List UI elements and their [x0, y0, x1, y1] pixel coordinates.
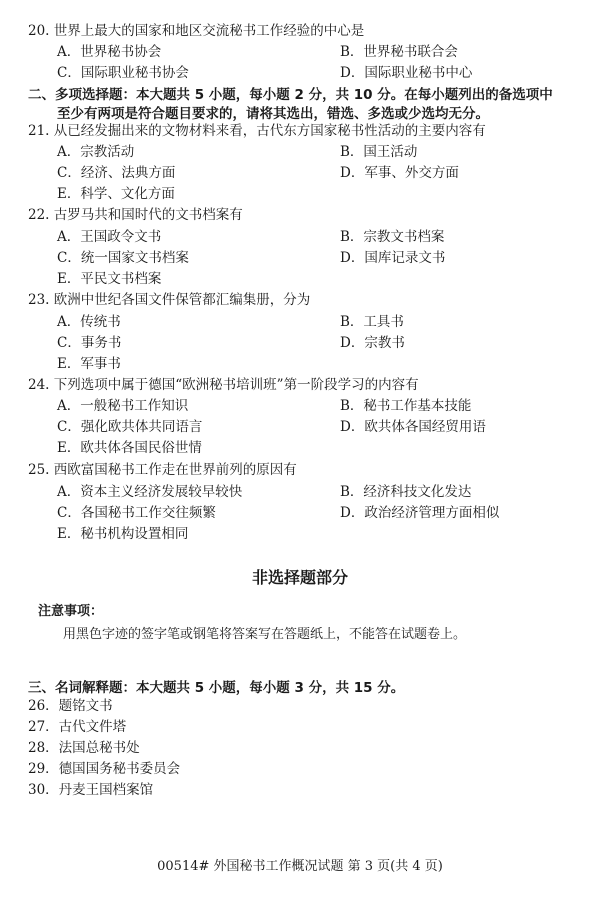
option-b: B．世界秘书联合会: [340, 43, 458, 61]
option-d: D．国库记录文书: [340, 249, 445, 267]
option-b: B．工具书: [340, 313, 404, 331]
question-25: 25. 西欧富国秘书工作走在世界前列的原因有: [28, 461, 297, 479]
option-a: A．宗教活动: [57, 143, 134, 161]
question-number: 25.: [28, 462, 49, 478]
term-27: 27．古代文件塔: [28, 718, 126, 736]
option-e: E．欧共体各国民俗世情: [57, 439, 202, 457]
option-a: A．资本主义经济发展较早较快: [57, 483, 242, 501]
question-number: 24.: [28, 377, 49, 393]
option-c: C．统一国家文书档案: [57, 249, 189, 267]
option-d: D．宗教书: [340, 334, 405, 352]
section-3-heading: 三、名词解释题：本大题共 5 小题，每小题 3 分，共 15 分。: [28, 679, 404, 697]
page-footer: 00514# 外国秘书工作概况试题 第 3 页(共 4 页): [0, 855, 600, 874]
option-a: A．传统书: [57, 313, 121, 331]
question-stem: 下列选项中属于德国“欧洲秘书培训班”第一阶段学习的内容有: [54, 377, 419, 393]
option-e: E．秘书机构设置相同: [57, 525, 188, 543]
term-28: 28．法国总秘书处: [28, 739, 140, 757]
question-21: 21. 从已经发掘出来的文物材料来看，古代东方国家秘书性活动的主要内容有: [28, 122, 486, 140]
option-b: B．经济科技文化发达: [340, 483, 471, 501]
option-a: A．一般秘书工作知识: [57, 397, 188, 415]
option-c: C．事务书: [57, 334, 121, 352]
option-d: D．国际职业秘书中心: [340, 64, 472, 82]
notice-body: 用黑色字迹的签字笔或钢笔将答案写在答题纸上，不能答在试题卷上。: [63, 626, 466, 644]
question-stem: 古罗马共和国时代的文书档案有: [54, 207, 243, 223]
option-b: B．宗教文书档案: [340, 228, 444, 246]
term-29: 29．德国国务秘书委员会: [28, 760, 180, 778]
question-number: 21.: [28, 123, 49, 139]
option-e: E．科学、文化方面: [57, 185, 175, 203]
option-c: C．经济、法典方面: [57, 164, 175, 182]
term-30: 30．丹麦王国档案馆: [28, 781, 153, 799]
question-number: 20.: [28, 23, 49, 39]
option-b: B．秘书工作基本技能: [340, 397, 471, 415]
question-23: 23. 欧洲中世纪各国文件保管都汇编集册，分为: [28, 291, 310, 309]
notice-title: 注意事项：: [38, 603, 103, 621]
question-stem: 世界上最大的国家和地区交流秘书工作经验的中心是: [54, 23, 365, 39]
part-title: 非选择题部分: [0, 565, 600, 588]
question-stem: 西欧富国秘书工作走在世界前列的原因有: [54, 462, 297, 478]
section-2-heading-cont: 至少有两项是符合题目要求的，请将其选出，错选、多选或少选均无分。: [57, 105, 489, 123]
question-stem: 从已经发掘出来的文物材料来看，古代东方国家秘书性活动的主要内容有: [54, 123, 486, 139]
option-c: C．各国秘书工作交往频繁: [57, 504, 216, 522]
option-c: C．国际职业秘书协会: [57, 64, 189, 82]
question-24: 24. 下列选项中属于德国“欧洲秘书培训班”第一阶段学习的内容有: [28, 376, 419, 394]
option-a: A．世界秘书协会: [57, 43, 161, 61]
option-d: D．政治经济管理方面相似: [340, 504, 499, 522]
question-number: 22.: [28, 207, 49, 223]
question-22: 22. 古罗马共和国时代的文书档案有: [28, 206, 243, 224]
question-20: 20. 世界上最大的国家和地区交流秘书工作经验的中心是: [28, 22, 364, 40]
question-number: 23.: [28, 292, 49, 308]
option-a: A．王国政令文书: [57, 228, 161, 246]
option-d: D．军事、外交方面: [340, 164, 459, 182]
question-stem: 欧洲中世纪各国文件保管都汇编集册，分为: [54, 292, 311, 308]
option-c: C．强化欧共体共同语言: [57, 418, 202, 436]
option-e: E．军事书: [57, 355, 121, 373]
exam-page: 20. 世界上最大的国家和地区交流秘书工作经验的中心是 A．世界秘书协会 B．世…: [0, 0, 600, 901]
term-26: 26．题铭文书: [28, 697, 113, 715]
option-b: B．国王活动: [340, 143, 417, 161]
section-2-heading: 二、多项选择题：本大题共 5 小题，每小题 2 分，共 10 分。在每小题列出的…: [28, 86, 553, 104]
option-d: D．欧共体各国经贸用语: [340, 418, 486, 436]
option-e: E．平民文书档案: [57, 270, 161, 288]
